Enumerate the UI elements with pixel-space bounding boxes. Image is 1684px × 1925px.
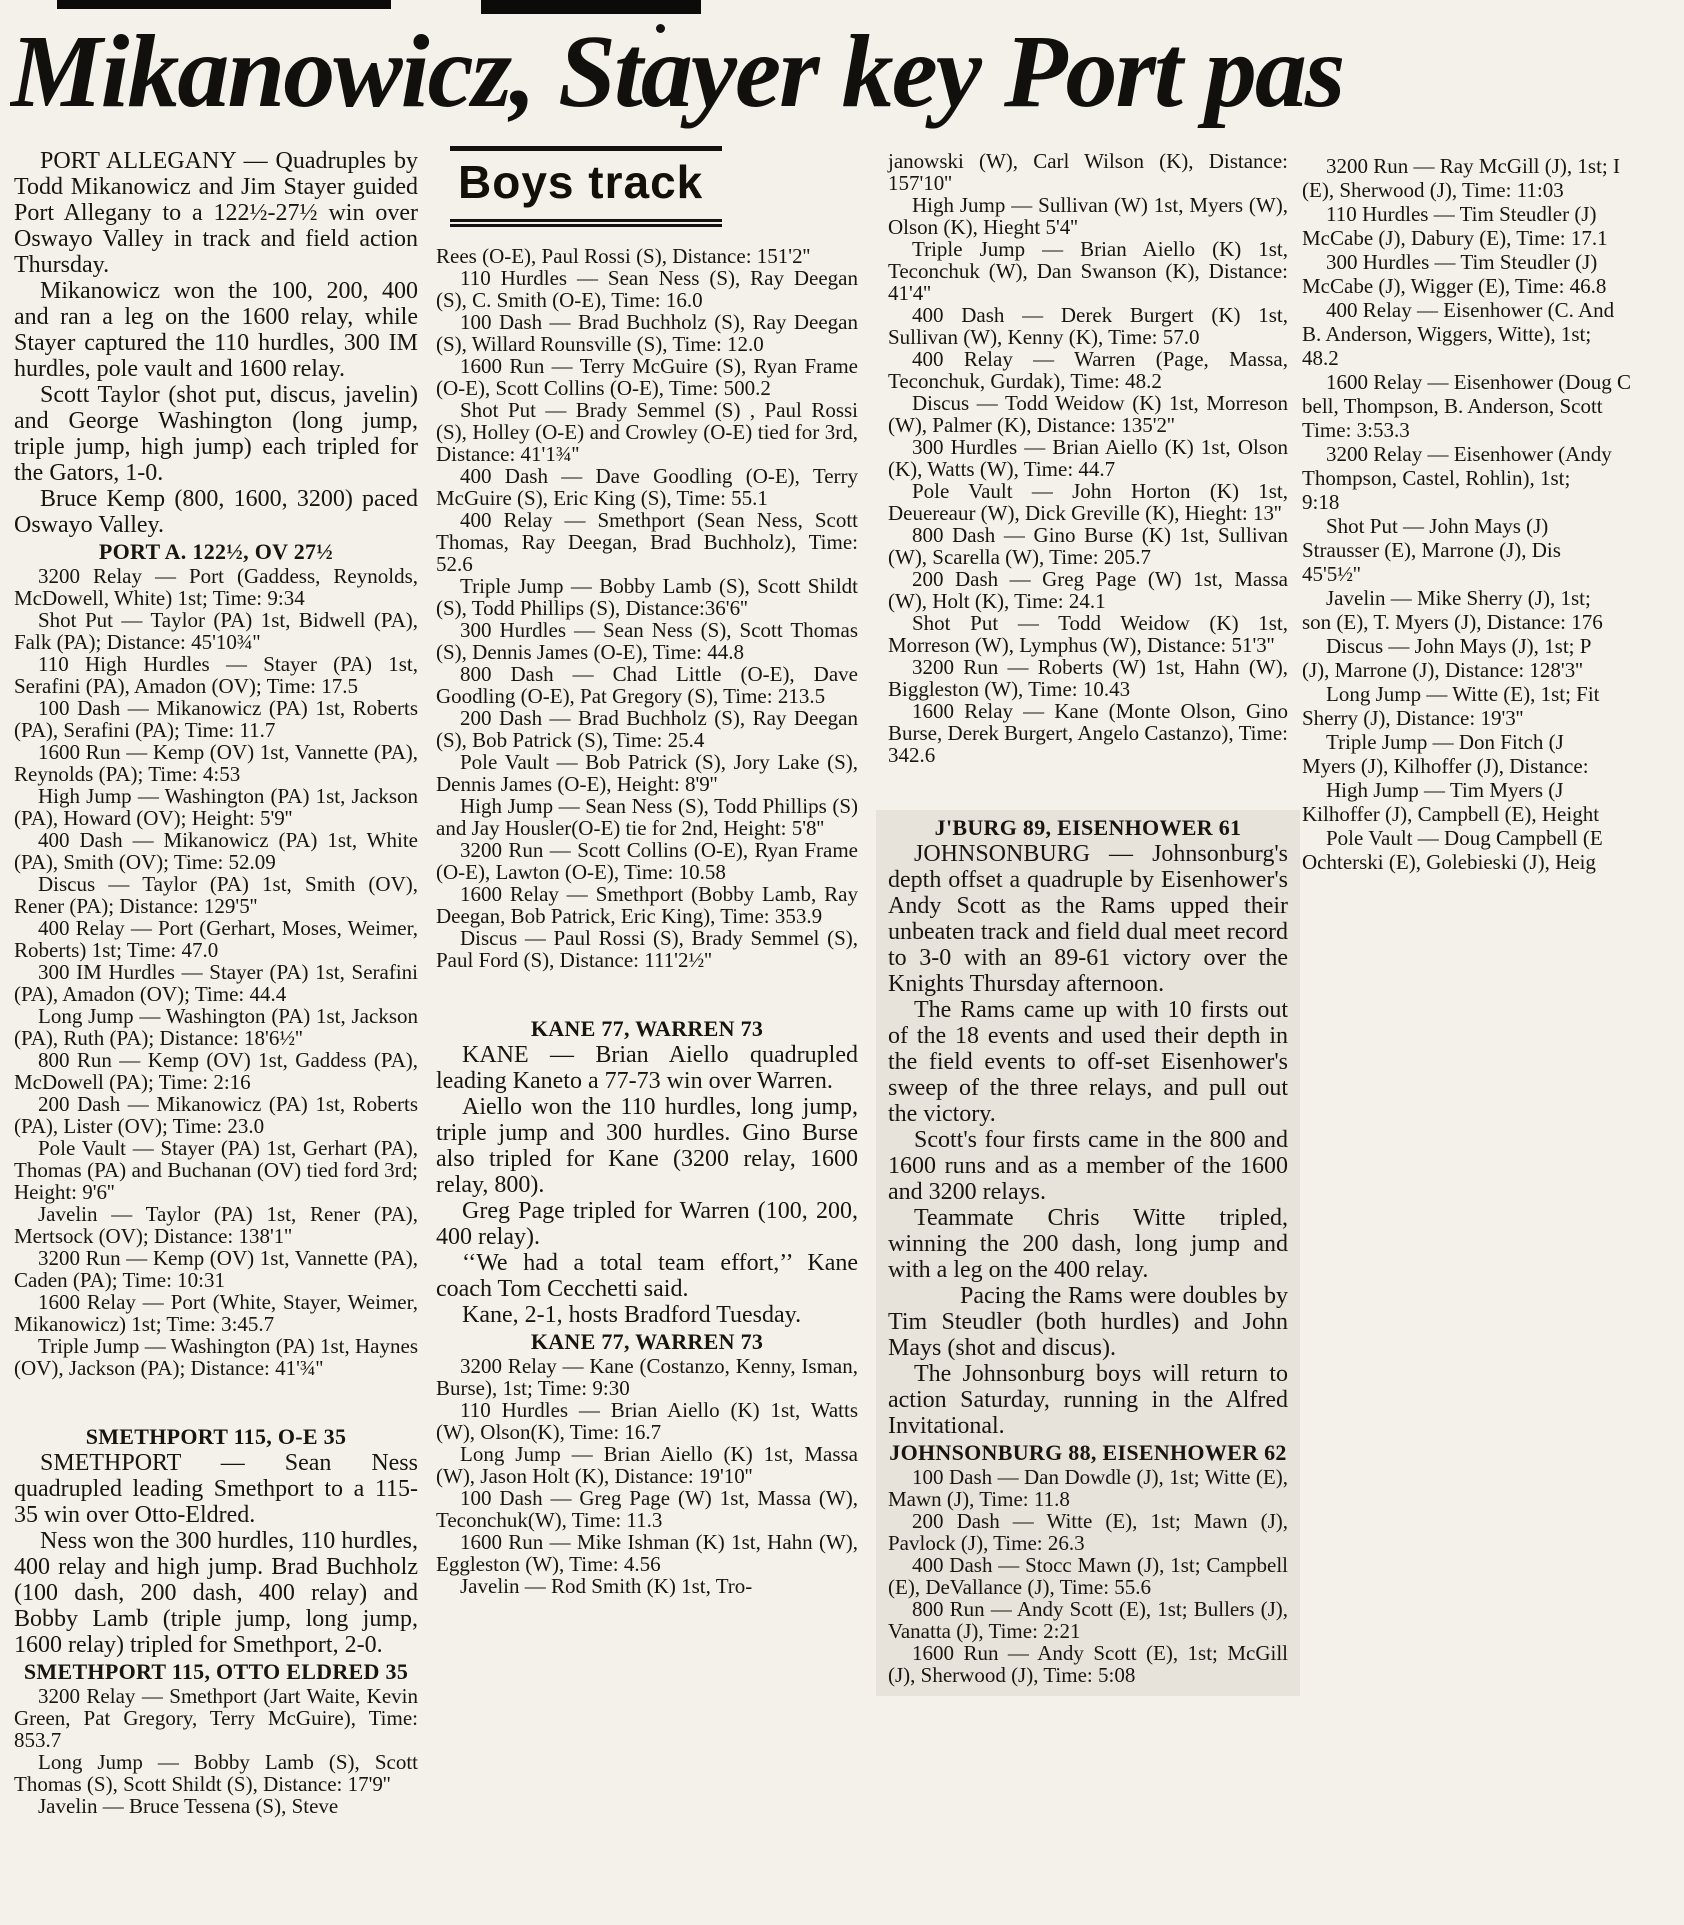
section-heading: KANE 77, WARREN 73 xyxy=(436,1015,858,1042)
result-line: Javelin — Rod Smith (K) 1st, Tro- xyxy=(436,1575,858,1597)
article-paragraph: KANE — Brian Aiello quadrupled leading K… xyxy=(436,1042,858,1094)
result-line: Pole Vault — John Horton (K) 1st, Deuere… xyxy=(888,480,1288,524)
result-line: Javelin — Mike Sherry (J), 1st; son (E),… xyxy=(1302,586,1684,634)
newspaper-page: Mikanowicz, Stayer key Port pas PORT ALL… xyxy=(0,0,1684,1925)
article-paragraph: Bruce Kemp (800, 1600, 3200) paced Osway… xyxy=(14,486,418,538)
result-line: 3200 Run — Roberts (W) 1st, Hahn (W), Bi… xyxy=(888,656,1288,700)
result-line: 400 Relay — Port (Gerhart, Moses, Weimer… xyxy=(14,917,418,961)
column-3-top: janowski (W), Carl Wilson (K), Distance:… xyxy=(888,150,1288,810)
result-line: 300 IM Hurdles — Stayer (PA) 1st, Serafi… xyxy=(14,961,418,1005)
article-paragraph: Aiello won the 110 hurdles, long jump, t… xyxy=(436,1094,858,1198)
result-line: High Jump — Washington (PA) 1st, Jackson… xyxy=(14,785,418,829)
result-line: 1600 Relay — Kane (Monte Olson, Gino Bur… xyxy=(888,700,1288,766)
result-line: 1600 Relay — Eisenhower (Doug C bell, Th… xyxy=(1302,370,1684,442)
spacer xyxy=(14,1379,418,1423)
result-line: Long Jump — Washington (PA) 1st, Jackson… xyxy=(14,1005,418,1049)
article-paragraph: Scott Taylor (shot put, discus, javelin)… xyxy=(14,382,418,486)
result-line: 200 Dash — Mikanowicz (PA) 1st, Roberts … xyxy=(14,1093,418,1137)
result-line: 1600 Relay — Port (White, Stayer, Weimer… xyxy=(14,1291,418,1335)
section-heading: PORT A. 122½, OV 27½ xyxy=(14,538,418,565)
result-line: 3200 Run — Ray McGill (J), 1st; I (E), S… xyxy=(1302,154,1684,202)
result-line: Pole Vault — Stayer (PA) 1st, Gerhart (P… xyxy=(14,1137,418,1203)
column-1: PORT ALLEGANY — Quadruples by Todd Mikan… xyxy=(14,148,418,1817)
section-heading: SMETHPORT 115, O-E 35 xyxy=(14,1423,418,1450)
result-line: Shot Put — John Mays (J) Strausser (E), … xyxy=(1302,514,1684,586)
result-line: Discus — Taylor (PA) 1st, Smith (OV), Re… xyxy=(14,873,418,917)
boys-track-kicker: Boys track xyxy=(450,146,722,227)
result-line: 800 Run — Kemp (OV) 1st, Gaddess (PA), M… xyxy=(14,1049,418,1093)
result-line: 1600 Run — Mike Ishman (K) 1st, Hahn (W)… xyxy=(436,1531,858,1575)
result-line: Shot Put — Todd Weidow (K) 1st, Morreson… xyxy=(888,612,1288,656)
article-paragraph: SMETHPORT — Sean Ness quadrupled leading… xyxy=(14,1450,418,1528)
result-line: Long Jump — Brian Aiello (K) 1st, Massa … xyxy=(436,1443,858,1487)
result-line: 1600 Relay — Smethport (Bobby Lamb, Ray … xyxy=(436,883,858,927)
result-line: Javelin — Taylor (PA) 1st, Rener (PA), M… xyxy=(14,1203,418,1247)
result-line: 200 Dash — Witte (E), 1st; Mawn (J), Pav… xyxy=(888,1510,1288,1554)
result-line: 400 Dash — Derek Burgert (K) 1st, Sulliv… xyxy=(888,304,1288,348)
headline: Mikanowicz, Stayer key Port pas xyxy=(10,8,1684,146)
result-line: 1600 Run — Kemp (OV) 1st, Vannette (PA),… xyxy=(14,741,418,785)
article-paragraph: Teammate Chris Witte tripled, winning th… xyxy=(888,1205,1288,1283)
result-line: Shot Put — Taylor (PA) 1st, Bidwell (PA)… xyxy=(14,609,418,653)
result-line: 400 Relay — Smethport (Sean Ness, Scott … xyxy=(436,509,858,575)
result-line: Triple Jump — Don Fitch (J Myers (J), Ki… xyxy=(1302,730,1684,778)
result-line: 110 High Hurdles — Stayer (PA) 1st, Sera… xyxy=(14,653,418,697)
result-line: 300 Hurdles — Brian Aiello (K) 1st, Olso… xyxy=(888,436,1288,480)
result-line: 400 Relay — Eisenhower (C. And B. Anders… xyxy=(1302,298,1684,370)
result-line: High Jump — Tim Myers (J Kilhoffer (J), … xyxy=(1302,778,1684,826)
result-line: 800 Run — Andy Scott (E), 1st; Bullers (… xyxy=(888,1598,1288,1642)
result-line: 400 Dash — Mikanowicz (PA) 1st, White (P… xyxy=(14,829,418,873)
section-heading: SMETHPORT 115, OTTO ELDRED 35 xyxy=(14,1658,418,1685)
result-line: Discus — Paul Rossi (S), Brady Semmel (S… xyxy=(436,927,858,971)
column-3: janowski (W), Carl Wilson (K), Distance:… xyxy=(888,150,1288,1696)
spacer xyxy=(888,766,1288,810)
result-line: 100 Dash — Brad Buchholz (S), Ray Deegan… xyxy=(436,311,858,355)
result-line: Triple Jump — Brian Aiello (K) 1st, Teco… xyxy=(888,238,1288,304)
result-line: Triple Jump — Washington (PA) 1st, Hayne… xyxy=(14,1335,418,1379)
result-line: Discus — John Mays (J), 1st; P (J), Marr… xyxy=(1302,634,1684,682)
result-line: 100 Dash — Greg Page (W) 1st, Massa (W),… xyxy=(436,1487,858,1531)
result-line: 300 Hurdles — Sean Ness (S), Scott Thoma… xyxy=(436,619,858,663)
result-line: 110 Hurdles — Tim Steudler (J) McCabe (J… xyxy=(1302,202,1684,250)
result-line: 3200 Relay — Port (Gaddess, Reynolds, Mc… xyxy=(14,565,418,609)
result-line: 300 Hurdles — Tim Steudler (J) McCabe (J… xyxy=(1302,250,1684,298)
article-paragraph: Pacing the Rams were doubles by Tim Steu… xyxy=(888,1283,1288,1361)
section-heading: J'BURG 89, EISENHOWER 61 xyxy=(888,814,1288,841)
result-line: Javelin — Bruce Tessena (S), Steve xyxy=(14,1795,418,1817)
result-line: 3200 Relay — Eisenhower (Andy Thompson, … xyxy=(1302,442,1684,514)
result-line: High Jump — Sullivan (W) 1st, Myers (W),… xyxy=(888,194,1288,238)
result-line: 800 Dash — Gino Burse (K) 1st, Sullivan … xyxy=(888,524,1288,568)
section-heading: JOHNSONBURG 88, EISENHOWER 62 xyxy=(888,1439,1288,1466)
article-paragraph: Scott's four firsts came in the 800 and … xyxy=(888,1127,1288,1205)
result-line: 110 Hurdles — Sean Ness (S), Ray Deegan … xyxy=(436,267,858,311)
result-line: 200 Dash — Greg Page (W) 1st, Massa (W),… xyxy=(888,568,1288,612)
result-line: 200 Dash — Brad Buchholz (S), Ray Deegan… xyxy=(436,707,858,751)
shaded-panel: J'BURG 89, EISENHOWER 61JOHNSONBURG — Jo… xyxy=(876,810,1300,1696)
result-line: janowski (W), Carl Wilson (K), Distance:… xyxy=(888,150,1288,194)
result-line: Triple Jump — Bobby Lamb (S), Scott Shil… xyxy=(436,575,858,619)
article-paragraph: Ness won the 300 hurdles, 110 hurdles, 4… xyxy=(14,1528,418,1658)
column-4: 3200 Run — Ray McGill (J), 1st; I (E), S… xyxy=(1302,154,1684,874)
result-line: High Jump — Sean Ness (S), Todd Phillips… xyxy=(436,795,858,839)
result-line: 1600 Run — Terry McGuire (S), Ryan Frame… xyxy=(436,355,858,399)
result-line: Long Jump — Witte (E), 1st; Fit Sherry (… xyxy=(1302,682,1684,730)
result-line: Long Jump — Bobby Lamb (S), Scott Thomas… xyxy=(14,1751,418,1795)
result-line: 800 Dash — Chad Little (O-E), Dave Goodl… xyxy=(436,663,858,707)
article-paragraph: The Rams came up with 10 firsts out of t… xyxy=(888,997,1288,1127)
article-paragraph: JOHNSONBURG — Johnsonburg's depth offset… xyxy=(888,841,1288,997)
result-line: Pole Vault — Bob Patrick (S), Jory Lake … xyxy=(436,751,858,795)
article-paragraph: ‘‘We had a total team effort,’’ Kane coa… xyxy=(436,1250,858,1302)
section-heading: KANE 77, WARREN 73 xyxy=(436,1328,858,1355)
result-line: 1600 Run — Andy Scott (E), 1st; McGill (… xyxy=(888,1642,1288,1686)
result-line: Shot Put — Brady Semmel (S) , Paul Rossi… xyxy=(436,399,858,465)
result-line: 400 Dash — Dave Goodling (O-E), Terry Mc… xyxy=(436,465,858,509)
result-line: 3200 Relay — Kane (Costanzo, Kenny, Isma… xyxy=(436,1355,858,1399)
article-paragraph: Mikanowicz won the 100, 200, 400 and ran… xyxy=(14,278,418,382)
result-line: 100 Dash — Dan Dowdle (J), 1st; Witte (E… xyxy=(888,1466,1288,1510)
result-line: Rees (O-E), Paul Rossi (S), Distance: 15… xyxy=(436,245,858,267)
result-line: 3200 Run — Scott Collins (O-E), Ryan Fra… xyxy=(436,839,858,883)
result-line: 400 Relay — Warren (Page, Massa, Teconch… xyxy=(888,348,1288,392)
column-2: Boys track Rees (O-E), Paul Rossi (S), D… xyxy=(436,142,858,1597)
result-line: Discus — Todd Weidow (K) 1st, Morreson (… xyxy=(888,392,1288,436)
article-paragraph: Greg Page tripled for Warren (100, 200, … xyxy=(436,1198,858,1250)
spacer xyxy=(436,971,858,1015)
result-line: 400 Dash — Stocc Mawn (J), 1st; Campbell… xyxy=(888,1554,1288,1598)
column-2-body: Rees (O-E), Paul Rossi (S), Distance: 15… xyxy=(436,245,858,1597)
article-paragraph: Kane, 2-1, hosts Bradford Tuesday. xyxy=(436,1302,858,1328)
result-line: Pole Vault — Doug Campbell (E Ochterski … xyxy=(1302,826,1684,874)
result-line: 3200 Relay — Smethport (Jart Waite, Kevi… xyxy=(14,1685,418,1751)
result-line: 3200 Run — Kemp (OV) 1st, Vannette (PA),… xyxy=(14,1247,418,1291)
kicker-label: Boys track xyxy=(458,156,703,208)
article-paragraph: The Johnsonburg boys will return to acti… xyxy=(888,1361,1288,1439)
result-line: 100 Dash — Mikanowicz (PA) 1st, Roberts … xyxy=(14,697,418,741)
article-paragraph: PORT ALLEGANY — Quadruples by Todd Mikan… xyxy=(14,148,418,278)
result-line: 110 Hurdles — Brian Aiello (K) 1st, Watt… xyxy=(436,1399,858,1443)
